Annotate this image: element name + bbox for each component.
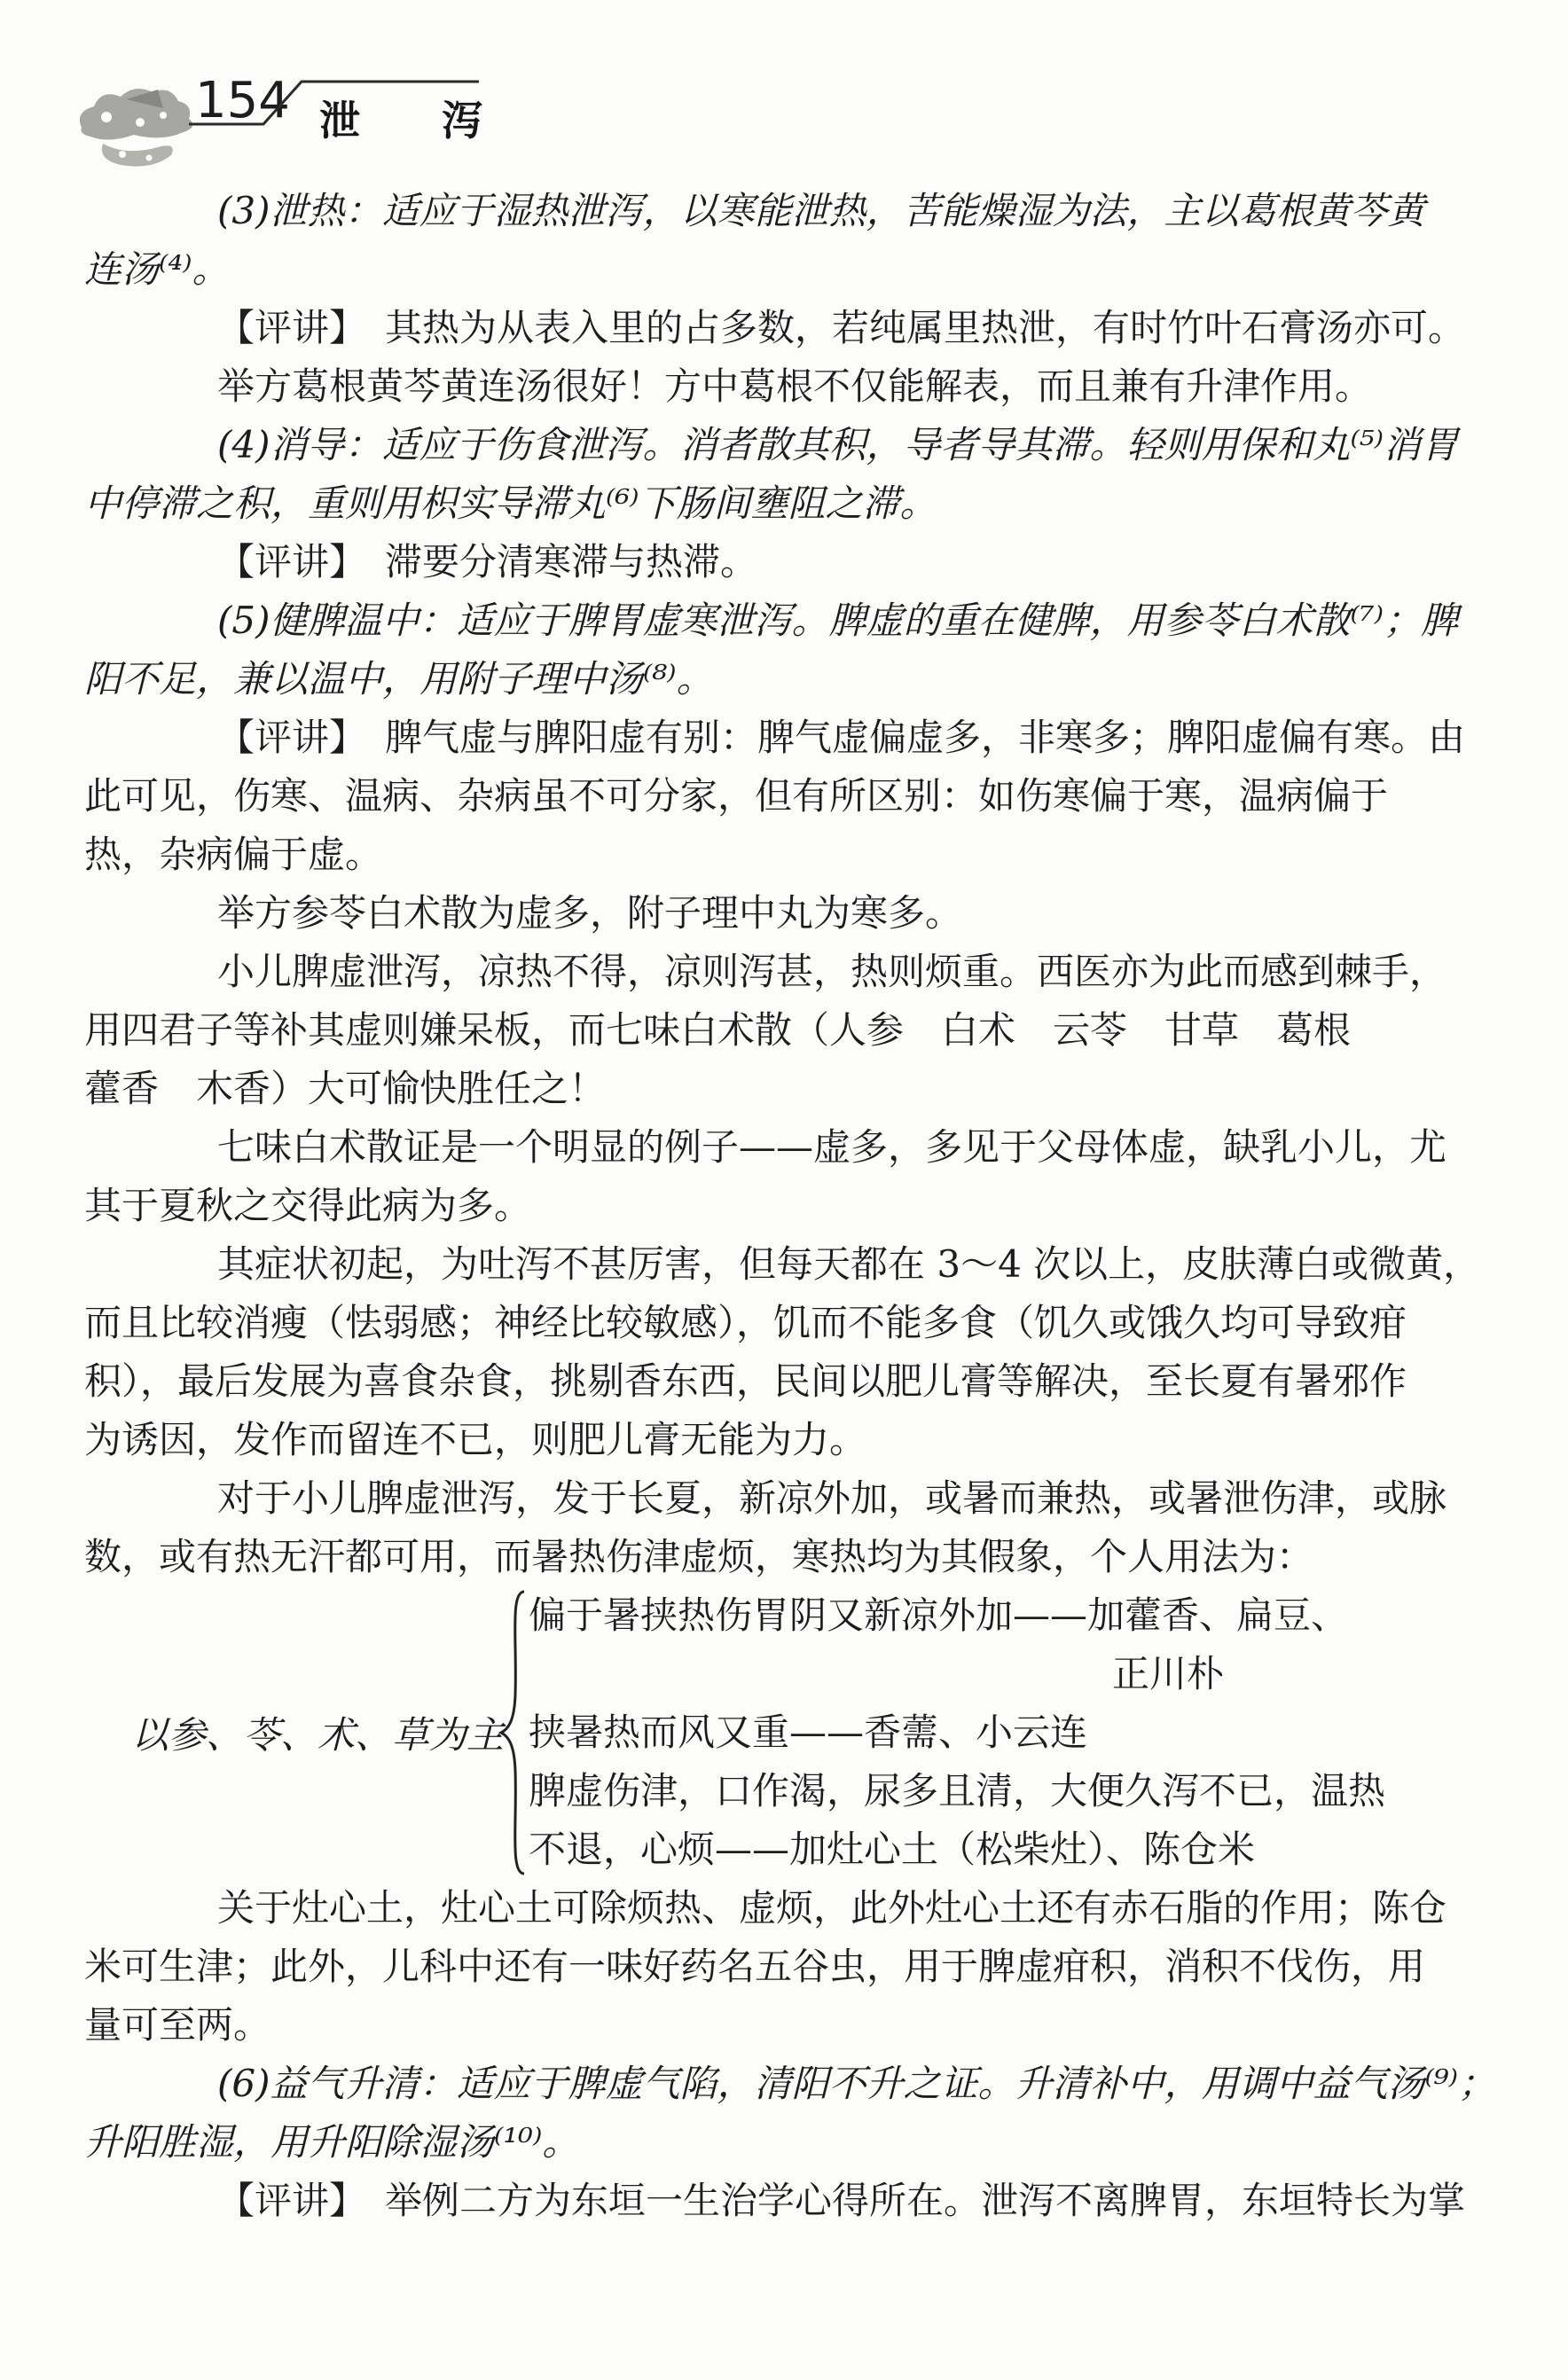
- text-line: 阳不足，兼以温中，用附子理中汤⁽⁸⁾。: [84, 650, 1503, 709]
- paragraph: 举方参苓白术散为虚多，附子理中丸为寒多。: [84, 884, 1503, 943]
- page-header: 154 泄 泻: [0, 0, 1568, 186]
- text-line: 【评讲】 脾气虚与脾阳虚有别：脾气虚偏虚多，非寒多；脾阳虚偏有寒。由: [84, 709, 1503, 767]
- paragraph: 对于小儿脾虚泄泻，发于长夏，新凉外加，或暑而兼热，或暑泄伤津，或脉数，或有热无汗…: [84, 1469, 1503, 1586]
- brace-label: 以参、苓、术、草为主: [84, 1706, 497, 1759]
- text-line: 而且比较消瘦（怯弱感；神经比较敏感），饥而不能多食（饥久或饿久均可导致疳: [84, 1294, 1503, 1352]
- text-line: (5)健脾温中：适应于脾胃虚寒泄泻。脾虚的重在健脾，用参苓白术散⁽⁷⁾；脾: [84, 591, 1503, 650]
- paragraph: 其症状初起，为吐泻不甚厉害，但每天都在 3～4 次以上，皮肤薄白或微黄，而且比较…: [84, 1235, 1503, 1469]
- book-page: 154 泄 泻 (3)泄热：适应于湿热泄泻，以寒能泄热，苦能燥湿为法，主以葛根黄…: [0, 0, 1568, 2380]
- paragraph: (4)消导：适应于伤食泄泻。消者散其积，导者导其滞。轻则用保和丸⁽⁵⁾消胃中停滞…: [84, 416, 1503, 533]
- text-line: 举方葛根黄芩黄连汤很好！方中葛根不仅能解表，而且兼有升津作用。: [84, 357, 1503, 416]
- paragraph: 【评讲】 举例二方为东垣一生治学心得所在。泄泻不离脾胃，东垣特长为掌: [84, 2172, 1503, 2230]
- paragraph: (6)益气升清：适应于脾虚气陷，清阳不升之证。升清补中，用调中益气汤⁽⁹⁾；升阳…: [84, 2055, 1503, 2172]
- header-rule: [0, 0, 568, 151]
- text-line: 中停滞之积，重则用枳实导滞丸⁽⁶⁾下肠间壅阻之滞。: [84, 474, 1503, 533]
- text-line: 【评讲】 其热为从表入里的占多数，若纯属里热泄，有时竹叶石膏汤亦可。: [84, 299, 1503, 357]
- text-line: 其于夏秋之交得此病为多。: [84, 1177, 1503, 1235]
- text-line: 小儿脾虚泄泻，凉热不得，凉则泻甚，热则烦重。西医亦为此而感到棘手，: [84, 943, 1503, 1001]
- text-line: 藿香 木香）大可愉快胜任之！: [84, 1060, 1503, 1118]
- paragraph: 【评讲】 脾气虚与脾阳虚有别：脾气虚偏虚多，非寒多；脾阳虚偏有寒。由此可见，伤寒…: [84, 709, 1503, 884]
- text-line: 【评讲】 举例二方为东垣一生治学心得所在。泄泻不离脾胃，东垣特长为掌: [84, 2172, 1503, 2230]
- text-line: 其症状初起，为吐泻不甚厉害，但每天都在 3～4 次以上，皮肤薄白或微黄，: [84, 1235, 1503, 1294]
- text-line: 数，或有热无汗都可用，而暑热伤津虚烦，寒热均为其假象，个人用法为：: [84, 1528, 1503, 1586]
- text-line: (6)益气升清：适应于脾虚气陷，清阳不升之证。升清补中，用调中益气汤⁽⁹⁾；: [84, 2055, 1503, 2113]
- text-line: 关于灶心土，灶心土可除烦热、虚烦，此外灶心土还有赤石脂的作用；陈仓: [84, 1879, 1503, 1938]
- curly-brace: [497, 1586, 529, 1879]
- brace-row-line: 偏于暑挟热伤胃阴又新凉外加——加藿香、扁豆、: [529, 1586, 1503, 1645]
- text-line: 热，杂病偏于虚。: [84, 826, 1503, 884]
- text-line: 连汤⁽⁴⁾。: [84, 240, 1503, 299]
- text-line: 升阳胜湿，用升阳除湿汤⁽¹⁰⁾。: [84, 2113, 1503, 2172]
- brace-row-line: 正川朴: [1112, 1645, 1503, 1703]
- paragraph: 小儿脾虚泄泻，凉热不得，凉则泻甚，热则烦重。西医亦为此而感到棘手，用四君子等补其…: [84, 943, 1503, 1118]
- paragraph: 举方葛根黄芩黄连汤很好！方中葛根不仅能解表，而且兼有升津作用。: [84, 357, 1503, 416]
- body-flow: (3)泄热：适应于湿热泄泻，以寒能泄热，苦能燥湿为法，主以葛根黄芩黄连汤⁽⁴⁾。…: [84, 182, 1503, 2230]
- brace-rows: 偏于暑挟热伤胃阴又新凉外加——加藿香、扁豆、正川朴挟暑热而风又重——香薷、小云连…: [529, 1586, 1503, 1879]
- text-line: 七味白术散证是一个明显的例子——虚多，多见于父母体虚，缺乳小儿，尤: [84, 1118, 1503, 1177]
- text-line: 【评讲】 滞要分清寒滞与热滞。: [84, 533, 1503, 591]
- brace-row-line: 挟暑热而风又重——香薷、小云连: [529, 1703, 1503, 1762]
- paragraph: 关于灶心土，灶心土可除烦热、虚烦，此外灶心土还有赤石脂的作用；陈仓米可生津；此外…: [84, 1879, 1503, 2055]
- brace-row-line: 脾虚伤津，口作渴，尿多且清，大便久泻不已，温热: [529, 1762, 1503, 1820]
- paragraph: 七味白术散证是一个明显的例子——虚多，多见于父母体虚，缺乳小儿，尤其于夏秋之交得…: [84, 1118, 1503, 1235]
- brace-row-line: 不退，心烦——加灶心土（松柴灶）、陈仓米: [529, 1820, 1503, 1879]
- text-line: 举方参苓白术散为虚多，附子理中丸为寒多。: [84, 884, 1503, 943]
- text-line: 积），最后发展为喜食杂食，挑剔香东西，民间以肥儿膏等解决，至长夏有暑邪作: [84, 1352, 1503, 1411]
- text-line: 米可生津；此外，儿科中还有一味好药名五谷虫，用于脾虚疳积，消积不伐伤，用: [84, 1938, 1503, 1996]
- paragraph: 【评讲】 滞要分清寒滞与热滞。: [84, 533, 1503, 591]
- text-line: 用四君子等补其虚则嫌呆板，而七味白术散（人参 白术 云苓 甘草 葛根: [84, 1001, 1503, 1060]
- text-line: 为诱因，发作而留连不已，则肥儿膏无能为力。: [84, 1411, 1503, 1469]
- paragraph: (5)健脾温中：适应于脾胃虚寒泄泻。脾虚的重在健脾，用参苓白术散⁽⁷⁾；脾阳不足…: [84, 591, 1503, 709]
- text-line: 此可见，伤寒、温病、杂病虽不可分家，但有所区别：如伤寒偏于寒，温病偏于: [84, 767, 1503, 826]
- formula-brace-block: 以参、苓、术、草为主偏于暑挟热伤胃阴又新凉外加——加藿香、扁豆、正川朴挟暑热而风…: [84, 1586, 1503, 1879]
- text-line: 量可至两。: [84, 1996, 1503, 2055]
- text-line: 对于小儿脾虚泄泻，发于长夏，新凉外加，或暑而兼热，或暑泄伤津，或脉: [84, 1469, 1503, 1528]
- page-title: 泄 泻: [319, 94, 482, 147]
- paragraph: (3)泄热：适应于湿热泄泻，以寒能泄热，苦能燥湿为法，主以葛根黄芩黄连汤⁽⁴⁾。: [84, 182, 1503, 299]
- text-line: (3)泄热：适应于湿热泄泻，以寒能泄热，苦能燥湿为法，主以葛根黄芩黄: [84, 182, 1503, 240]
- paragraph: 【评讲】 其热为从表入里的占多数，若纯属里热泄，有时竹叶石膏汤亦可。: [84, 299, 1503, 357]
- text-line: (4)消导：适应于伤食泄泻。消者散其积，导者导其滞。轻则用保和丸⁽⁵⁾消胃: [84, 416, 1503, 474]
